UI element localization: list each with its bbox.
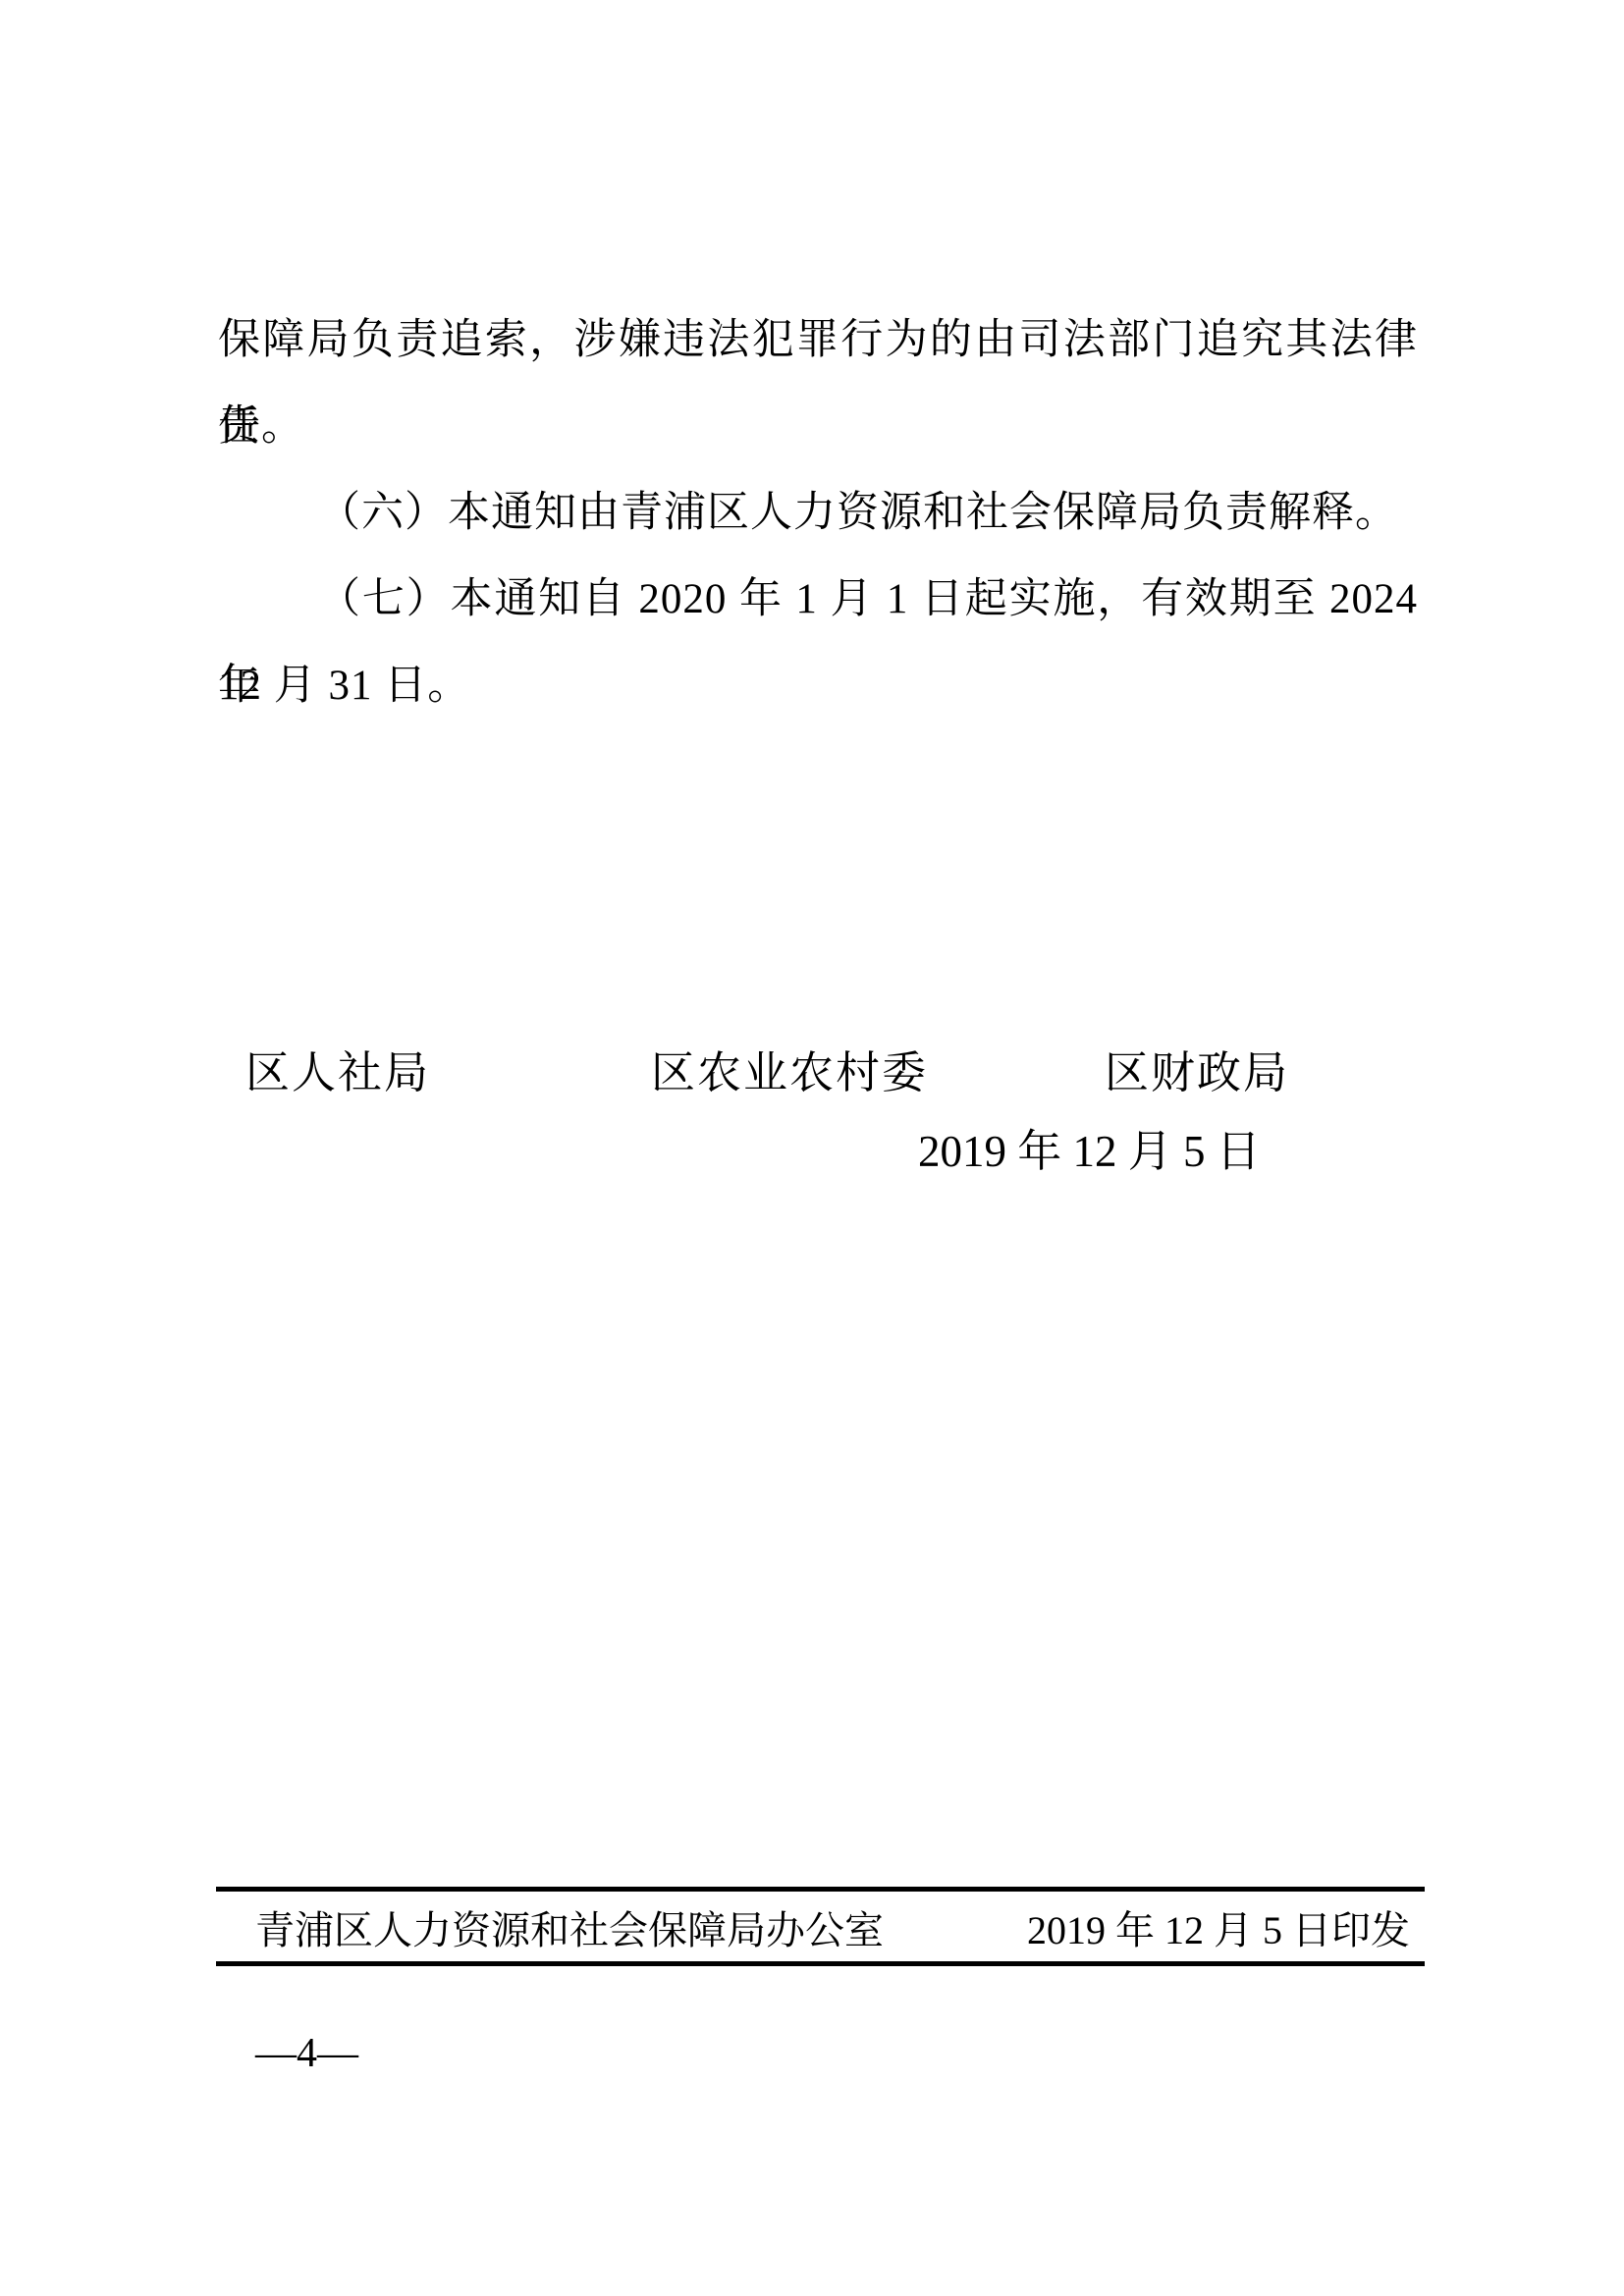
body-line-5: 12 月 31 日。 xyxy=(218,643,1418,729)
footer-rule-bottom xyxy=(216,1961,1425,1966)
body-line-3: （六）本通知由青浦区人力资源和社会保障局负责解释。 xyxy=(218,470,1418,557)
footer-rule-top xyxy=(216,1887,1425,1892)
footer-issuing-office: 青浦区人力资源和社会保障局办公室 xyxy=(255,1906,884,1955)
page-number: —4— xyxy=(255,2030,358,2077)
document-page: 保障局负责追索，涉嫌违法犯罪行为的由司法部门追究其法律责 任。 （六）本通知由青… xyxy=(0,0,1624,2296)
body-line-2: 任。 xyxy=(218,384,1418,470)
signature-agency-caizheng: 区财政局 xyxy=(1105,1043,1289,1102)
body-line-1: 保障局负责追索，涉嫌违法犯罪行为的由司法部门追究其法律责 xyxy=(218,297,1418,384)
body-line-4: （七）本通知自 2020 年 1 月 1 日起实施，有效期至 2024 年 xyxy=(218,557,1418,643)
signature-agency-nongye: 区农业农村委 xyxy=(651,1043,928,1102)
signature-agency-renshe: 区人社局 xyxy=(245,1043,430,1102)
footer-print-date: 2019 年 12 月 5 日印发 xyxy=(1027,1906,1410,1955)
signature-date: 2019 年 12 月 5 日 xyxy=(918,1125,1261,1178)
body-text-block: 保障局负责追索，涉嫌违法犯罪行为的由司法部门追究其法律责 任。 （六）本通知由青… xyxy=(218,297,1418,729)
